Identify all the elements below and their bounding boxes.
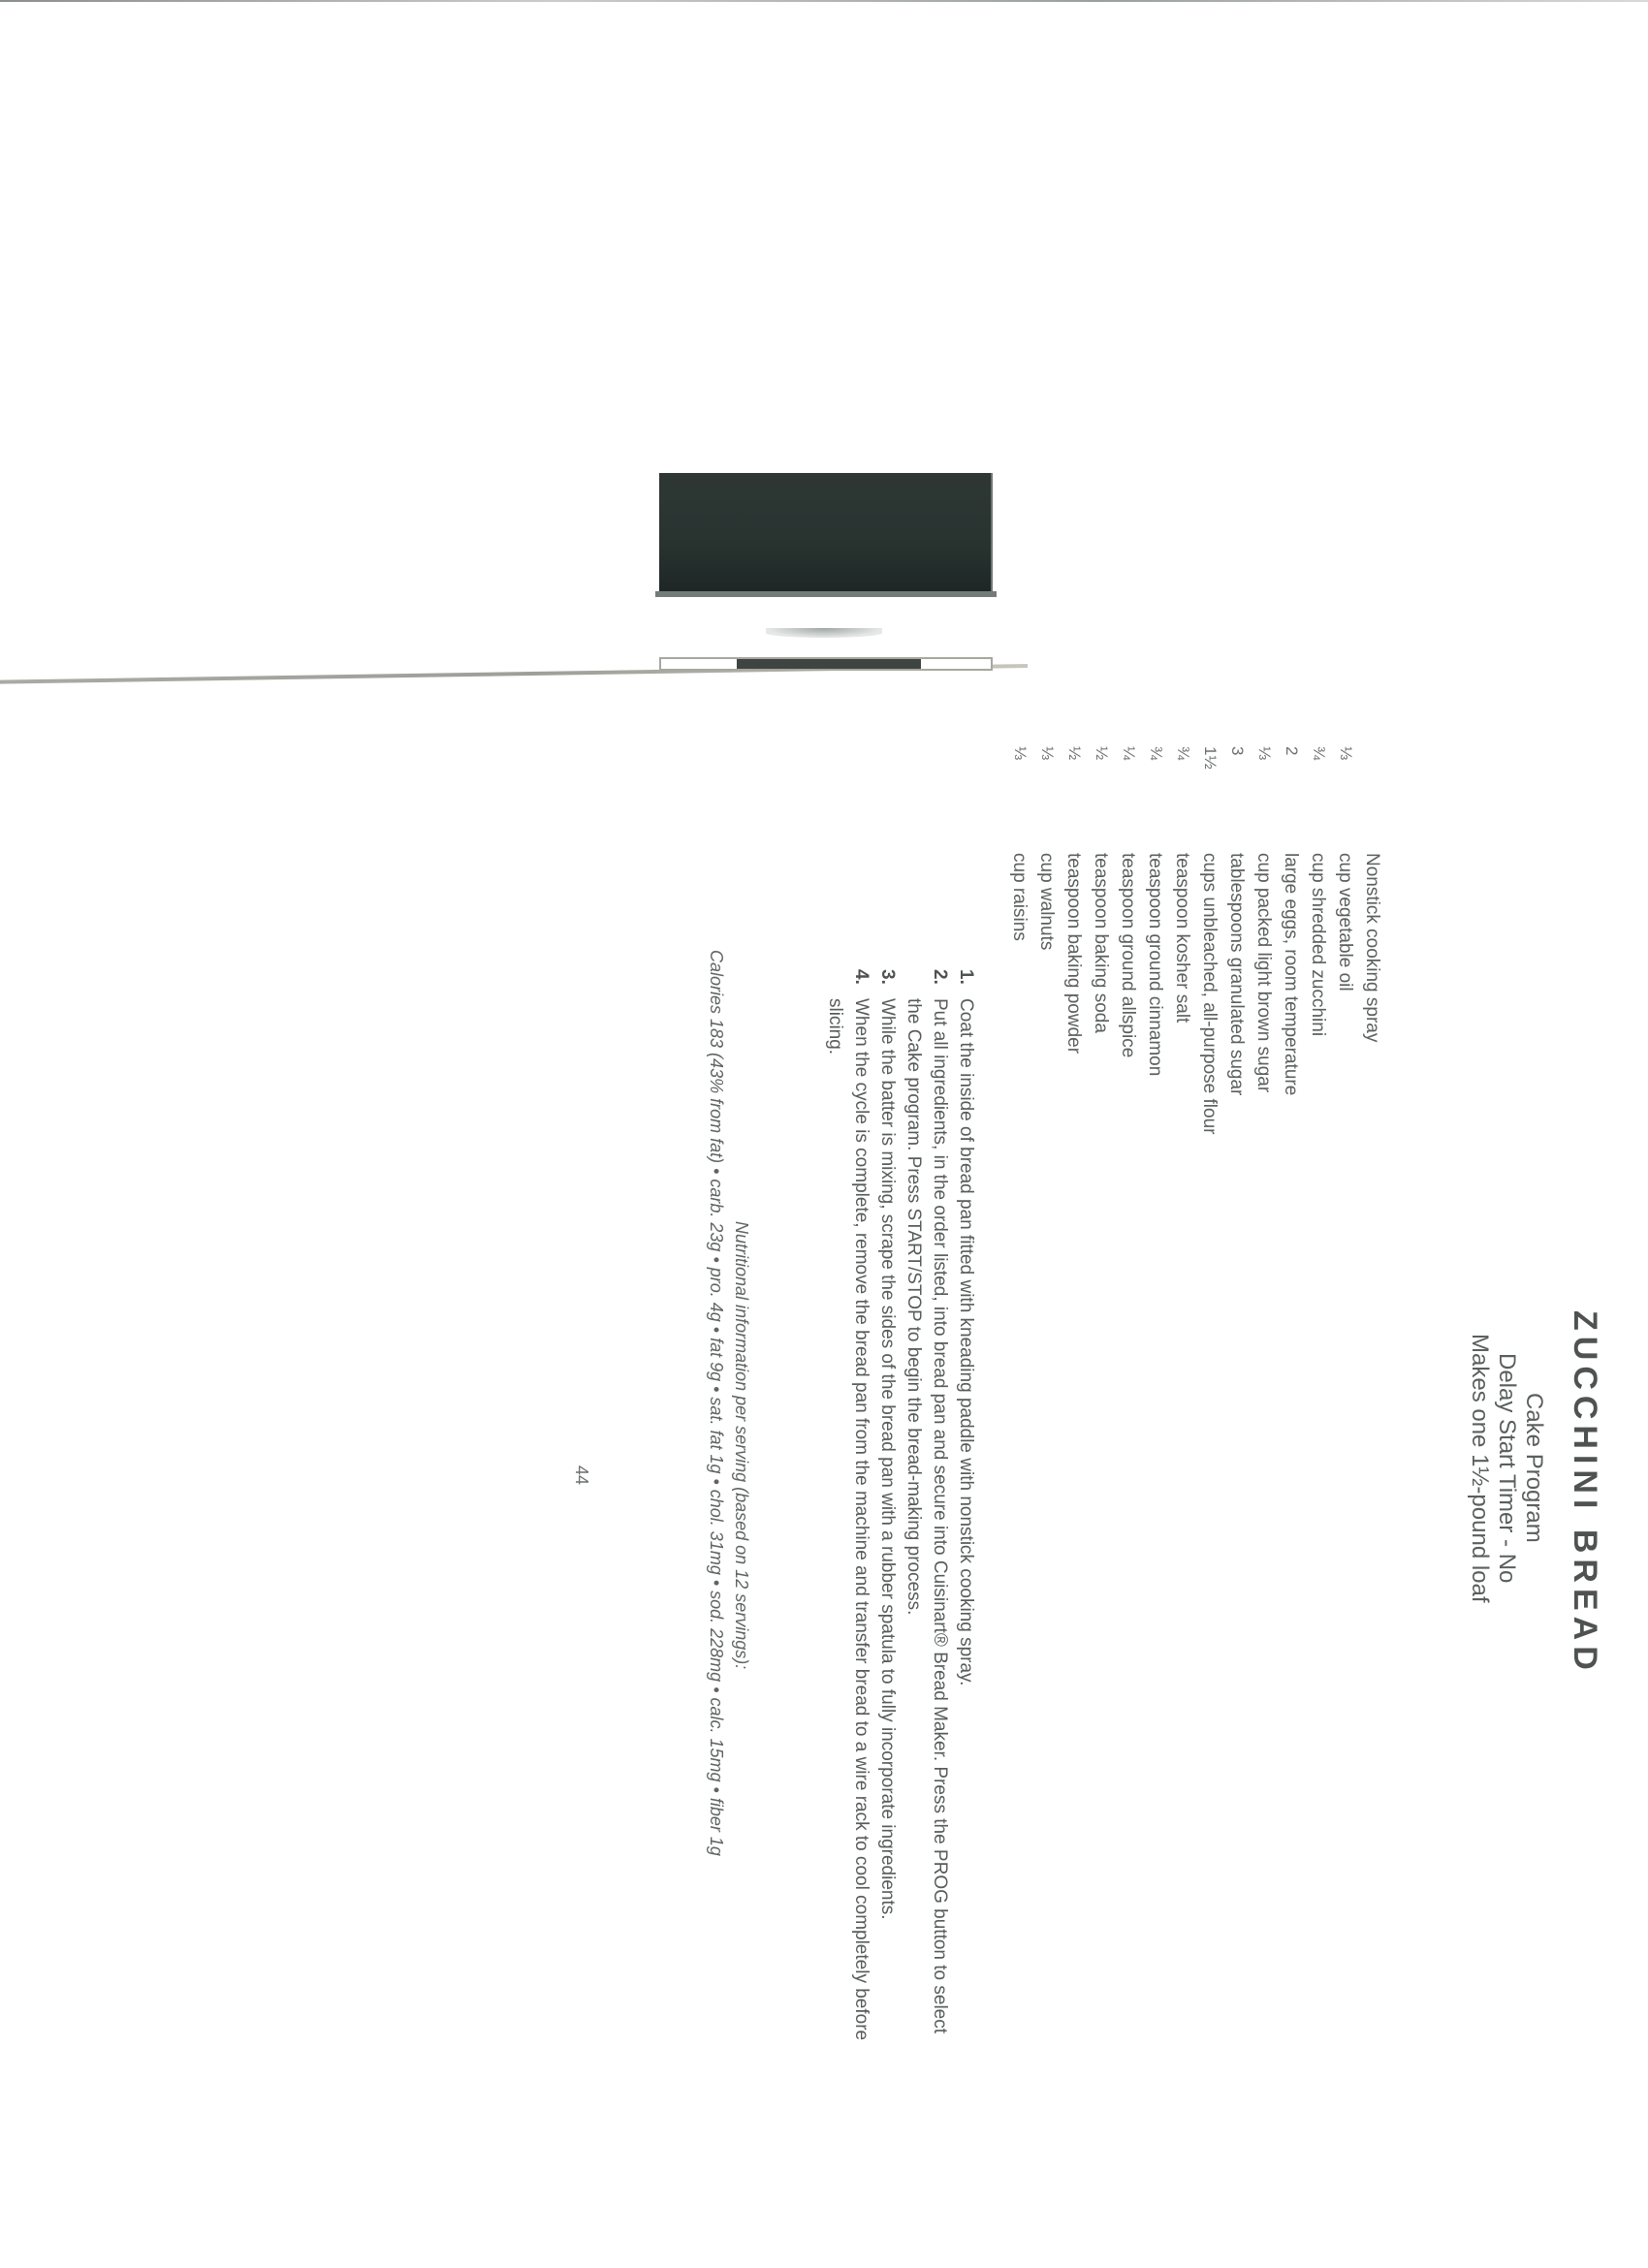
nutrition-values: Calories 183 (43% from fat) • carb. 23g … [706,950,726,1856]
ingredient-name: Nonstick cooking spray [1361,853,1382,1042]
bread-pan-photo [640,465,1008,688]
instruction-step: 3.While the batter is mixing, scrape the… [874,969,901,2055]
ingredient-qty: 1½ [1200,746,1220,824]
ingredient-name: cup walnuts [1035,853,1057,950]
ingredient-qty: ½ [1064,746,1084,824]
recipe-yield: Makes one 1½-pound loaf [1466,1334,1493,1603]
ingredient-qty: ⅓ [1010,746,1030,824]
ingredient-qty: ¾ [1309,746,1328,824]
ingredient-name: teaspoon baking soda [1090,853,1111,1033]
step-number: 2. [927,969,953,985]
nutrition-heading: Nutritional information per serving (bas… [731,1221,751,1669]
ingredient-name: tablespoons granulated sugar [1225,853,1247,1095]
instruction-step: 2.Put all ingredients, in the order list… [901,969,953,2055]
instruction-step: 1.Coat the inside of bread pan fitted wi… [953,969,979,2055]
step-number: 1. [953,969,979,985]
ingredient-name: cups unbleached, all-purpose flour [1198,853,1220,1134]
step-text: Put all ingredients, in the order listed… [903,998,950,2033]
page-number: 44 [571,1465,591,1485]
ingredient-qty: ¾ [1173,746,1192,824]
step-number: 4. [848,969,874,985]
instruction-step: 4.When the cycle is complete, remove the… [822,969,874,2055]
ingredient-name: teaspoon baking powder [1062,853,1084,1054]
ingredient-qty: ¼ [1119,746,1138,824]
recipe-delay-timer: Delay Start Timer - No [1493,1353,1520,1583]
step-text: When the cycle is complete, remove the b… [825,998,872,2040]
step-text: Coat the inside of bread pan fitted with… [956,998,976,1685]
instruction-list: 1.Coat the inside of bread pan fitted wi… [822,969,979,2055]
step-text: While the batter is mixing, scrape the s… [877,998,898,1920]
ingredient-name: cup vegetable oil [1334,853,1355,992]
kneading-paddle [766,628,882,638]
ingredient-name: teaspoon ground cinnamon [1144,853,1165,1076]
ingredient-qty: ⅓ [1254,746,1274,824]
ingredient-qty: ¾ [1146,746,1165,824]
ingredient-name: cup raisins [1008,853,1030,941]
ingredient-name: teaspoon ground allspice [1117,853,1138,1057]
ingredient-name: teaspoon kosher salt [1171,853,1192,1023]
ingredient-name: cup shredded zucchini [1307,853,1328,1036]
recipe-title: ZUCCHINI BREAD [1566,1310,1603,1676]
ingredient-qty: ½ [1092,746,1111,824]
ingredient-name: large eggs, room temperature [1280,853,1301,1095]
pan-base-shadow [737,659,921,669]
bread-pan-lip [655,591,997,597]
ingredient-qty: ⅓ [1037,746,1057,824]
ingredient-qty: 2 [1282,746,1301,824]
recipe-program: Cake Program [1520,1393,1547,1543]
bread-pan [659,473,993,593]
ingredient-name: cup packed light brown sugar [1252,853,1274,1092]
ingredient-qty: ⅓ [1336,746,1355,824]
recipe-page: ZUCCHINI BREAD Cake Program Delay Start … [0,0,1648,2268]
step-number: 3. [874,969,901,985]
ingredient-qty: 3 [1227,746,1247,824]
